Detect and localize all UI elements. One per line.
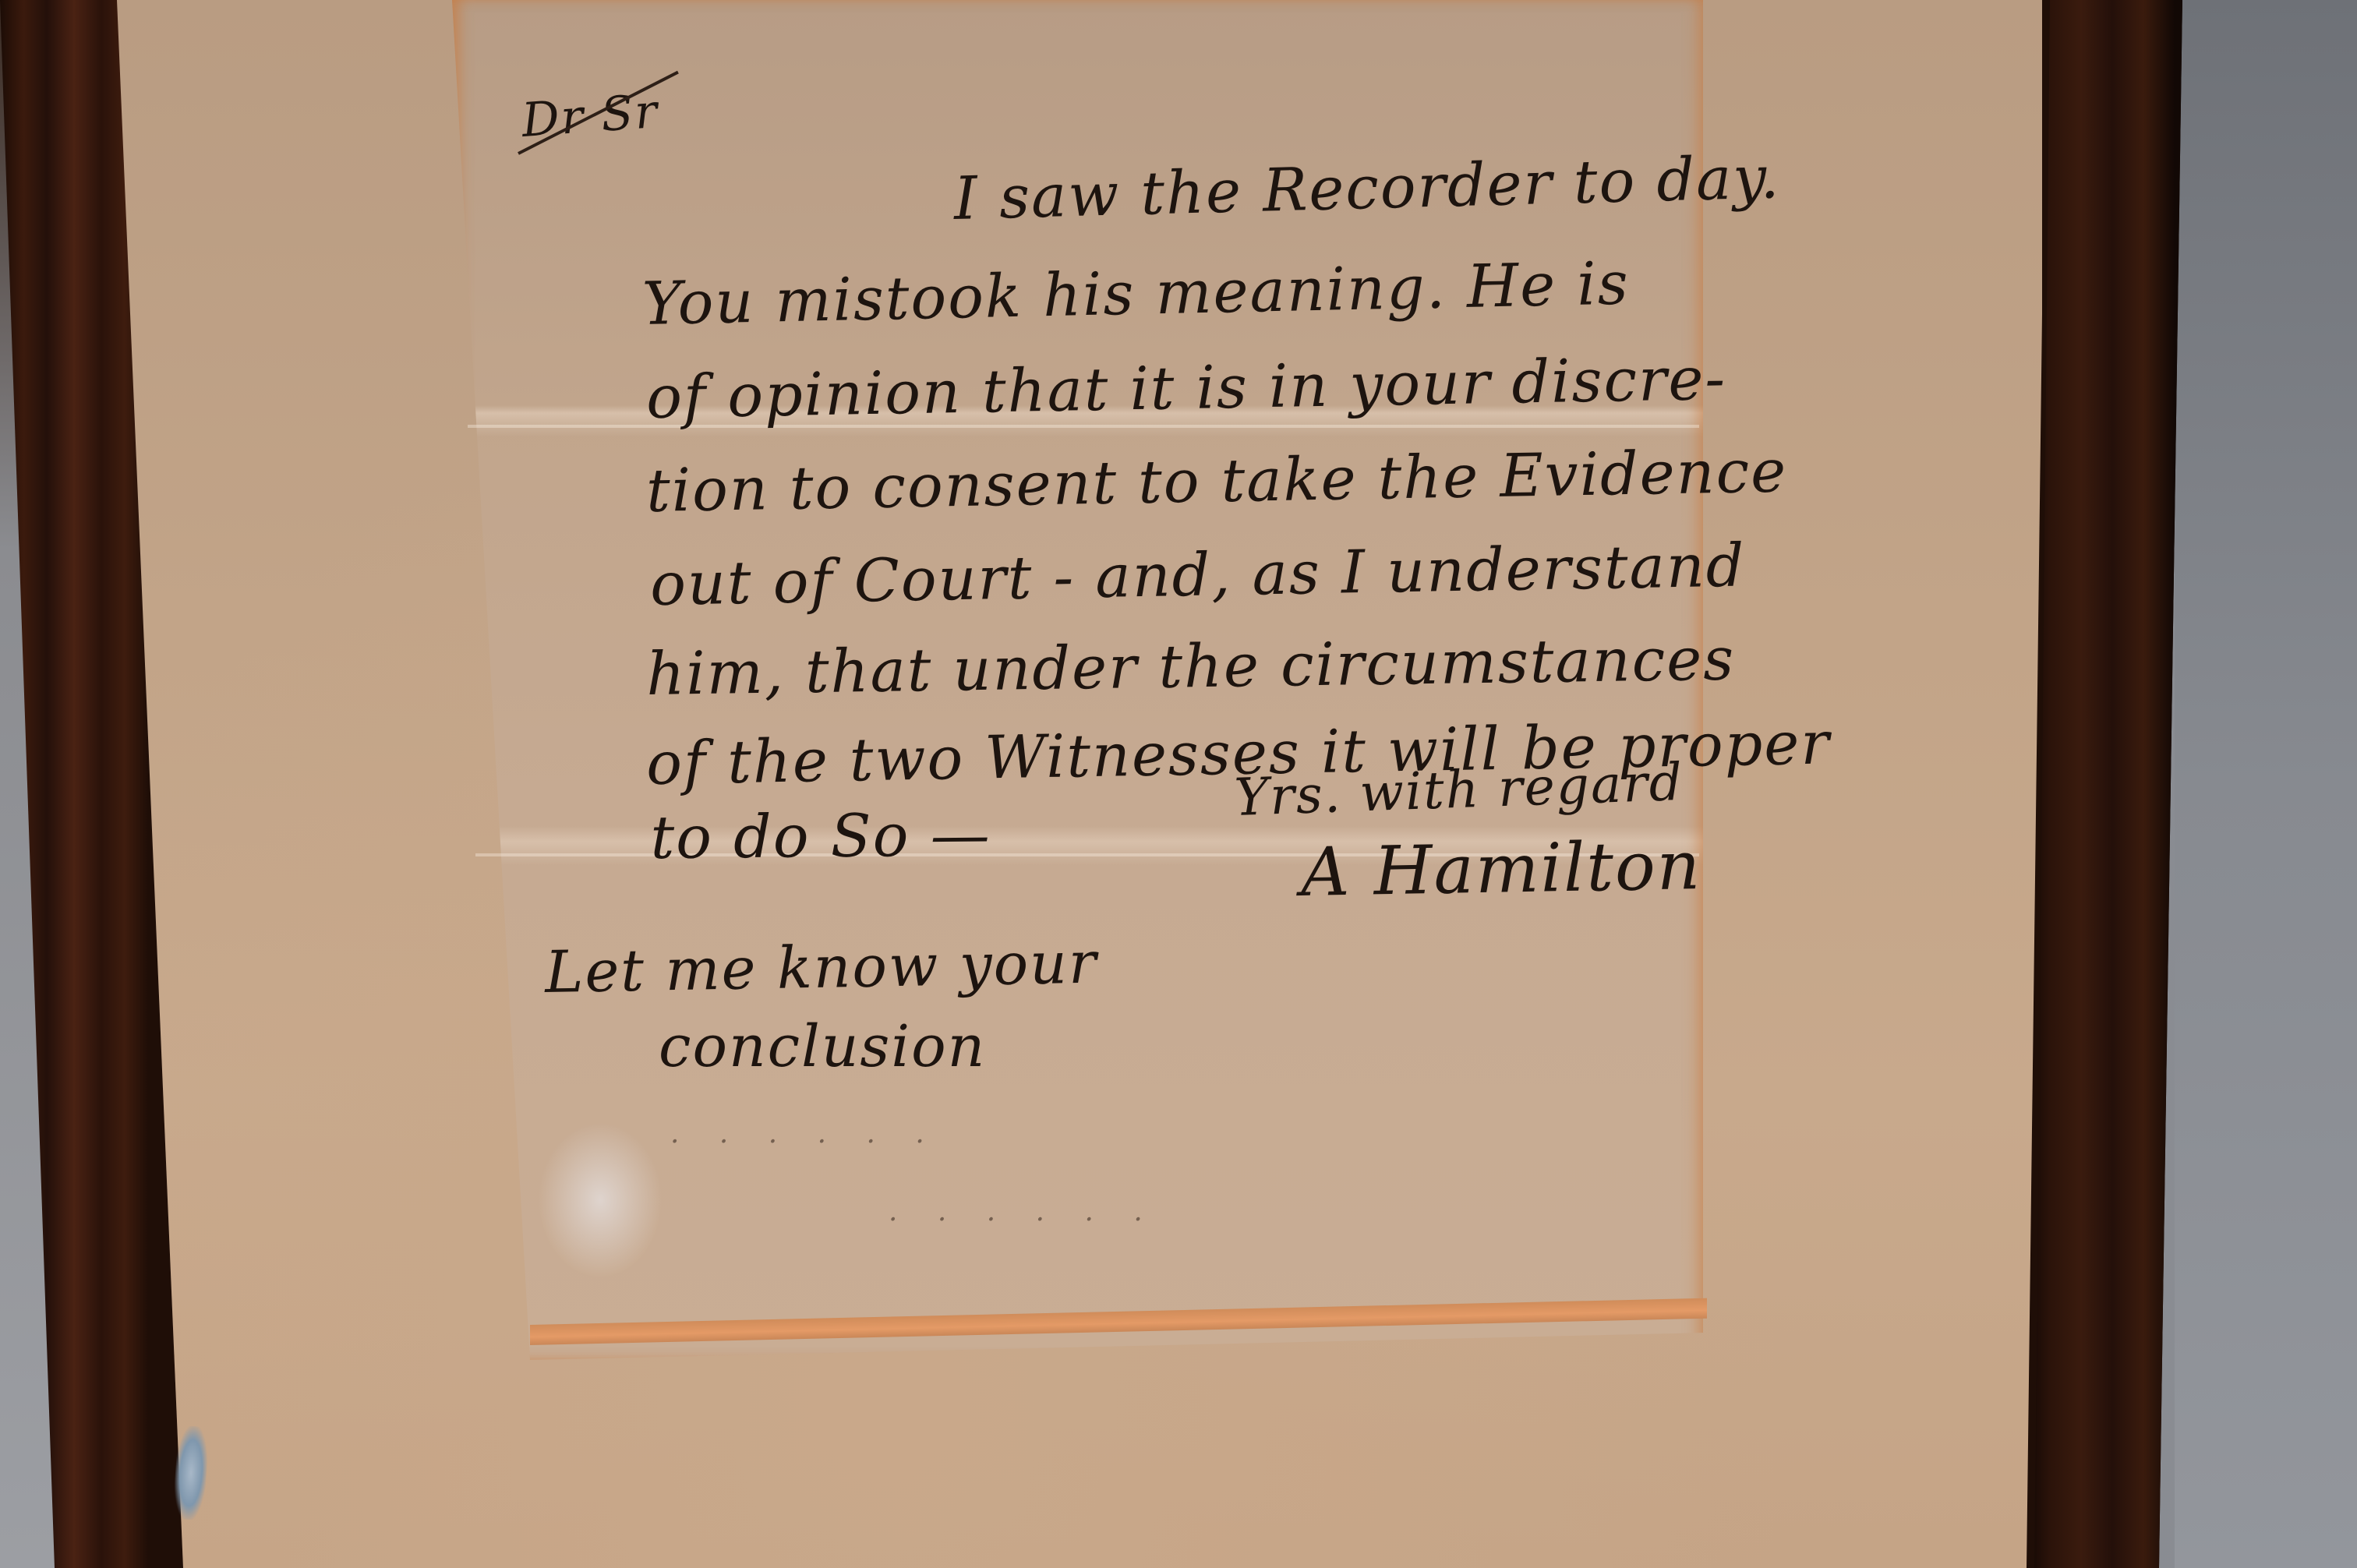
wooden-frame-right-side (2034, 0, 2182, 1568)
photo-scene: Dr Sr I saw the Recorder to day. You mis… (0, 0, 2357, 1568)
faded-ink-marks: · · · · · · (670, 1126, 940, 1158)
letter-body-line: to do So — (650, 800, 991, 872)
letter-postscript-line: conclusion (659, 1013, 986, 1080)
faded-ink-marks: · · · · · · (889, 1204, 1158, 1236)
paper-stain (538, 1122, 663, 1278)
letter-signature: A Hamilton (1300, 827, 1702, 912)
letter-postscript-line: Let me know your (544, 930, 1097, 1006)
backdrop-right (2175, 0, 2357, 1568)
